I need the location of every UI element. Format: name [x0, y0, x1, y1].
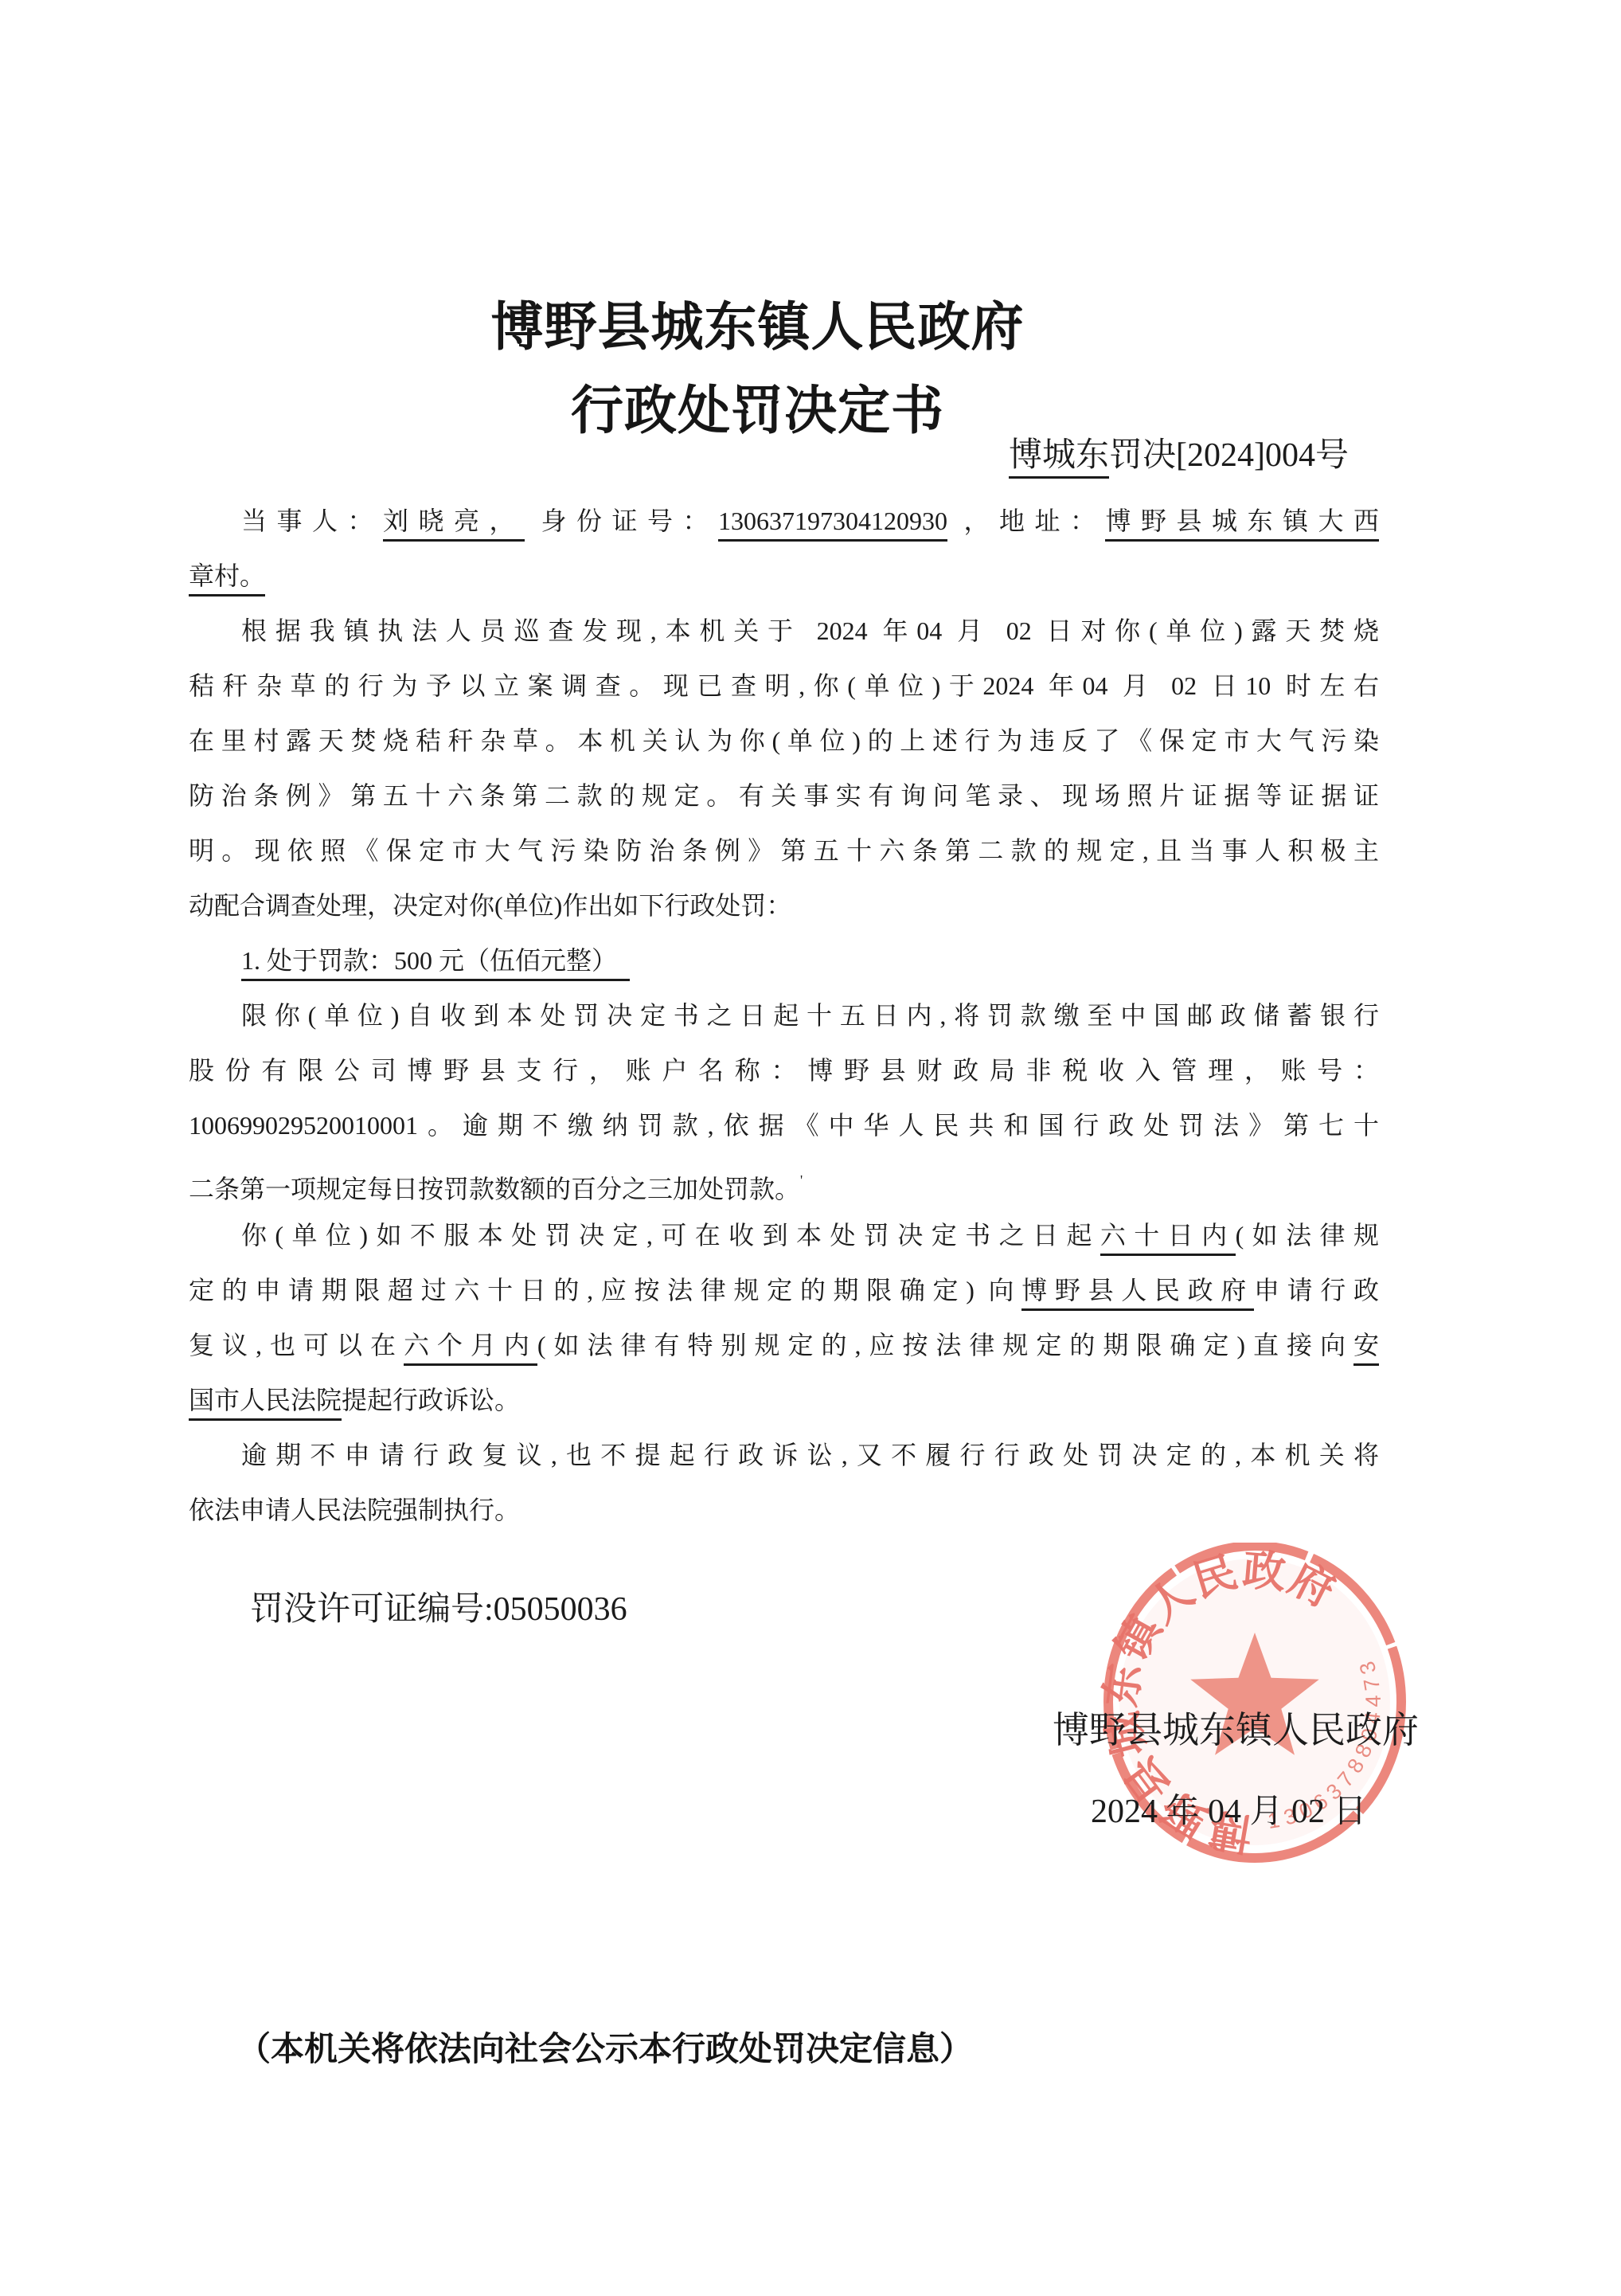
body-text-segment: 当事人：: [241, 507, 383, 535]
body-text-segment: 在里村露天焚烧秸秆杂草。本机关认为你(单位)的上述行为违反了《保定市大气污染: [189, 726, 1379, 755]
body-text-segment: 防治条例》第五十六条第二款的规定。有关事实有询问笔录、现场照片证据等证据证: [189, 781, 1379, 810]
body-text-segment: 股份有限公司博野县支行，账户名称：博野县财政局非税收入管理，账号：: [189, 1056, 1379, 1085]
body-line: 明。现依照《保定市大气污染防治条例》第五十六条第二款的规定,且当事人积极主: [189, 823, 1379, 878]
filled-in-value: 博野县人民政府: [1021, 1276, 1254, 1311]
filled-in-value: 安: [1353, 1331, 1379, 1366]
body-line: 你(单位)如不服本处罚决定,可在收到本处罚决定书之日起六十日内(如法律规: [189, 1208, 1379, 1263]
body-text-segment: 100699029520010001。逾期不缴纳罚款,依据《中华人民共和国行政处…: [189, 1111, 1379, 1140]
body-line: 国市人民法院提起行政诉讼。: [189, 1373, 1379, 1428]
body-text-segment: 申请行政: [1254, 1276, 1379, 1304]
body-text-segment: 身份证号：: [525, 507, 718, 535]
body-text: 当事人：刘晓亮， 身份证号：130637197304120930 ，地址：博野县…: [189, 494, 1379, 1538]
body-line: 秸秆杂草的行为予以立案调查。现已查明,你(单位)于2024 年04 月 02 日…: [189, 659, 1379, 714]
body-text-segment: 逾期不申请行政复议,也不提起行政诉讼,又不履行行政处罚决定的,本机关将: [241, 1441, 1379, 1469]
filled-in-value: 章村。: [189, 561, 265, 596]
footer-note: （本机关将依法向社会公示本行政处罚决定信息）: [237, 2028, 973, 2071]
document-number-prefix: 博城东: [1009, 437, 1109, 479]
document-number: 博城东罚决[2024]004号: [1009, 435, 1349, 476]
body-line: 1. 处于罚款：500 元（伍佰元整）: [189, 933, 1379, 988]
body-line: 防治条例》第五十六条第二款的规定。有关事实有询问笔录、现场照片证据等证据证: [189, 769, 1379, 823]
permit-number-line: 罚没许可证编号:05050036: [250, 1590, 627, 1629]
filled-in-value: [604, 946, 630, 981]
body-line: 定的申请期限超过六十日的,应按法律规定的期限确定) 向博野县人民政府申请行政: [189, 1263, 1379, 1318]
body-line: 逾期不申请行政复议,也不提起行政诉讼,又不履行行政处罚决定的,本机关将: [189, 1428, 1379, 1483]
body-text-segment: 依法申请人民法院强制执行。: [189, 1496, 520, 1524]
body-text-segment: 定的申请期限超过六十日的,应按法律规定的期限确定) 向: [189, 1276, 1021, 1304]
body-text-segment: 你(单位)如不服本处罚决定,可在收到本处罚决定书之日起: [241, 1221, 1100, 1250]
body-line: 根据我镇执法人员巡查发现,本机关于 2024 年04 月 02 日对你(单位)露…: [189, 604, 1379, 659]
body-line: 章村。: [189, 549, 1379, 604]
document-header: 博野县城东镇人民政府 行政处罚决定书: [162, 285, 1353, 452]
body-line: 股份有限公司博野县支行，账户名称：博野县财政局非税收入管理，账号：: [189, 1043, 1379, 1098]
filled-in-value: 130637197304120930: [718, 507, 947, 542]
body-line: 当事人：刘晓亮， 身份证号：130637197304120930 ，地址：博野县…: [189, 494, 1379, 549]
document-number-rest: 罚决[2024]004号: [1109, 437, 1349, 474]
filled-in-value: 国市人民法院: [189, 1386, 342, 1421]
body-line: 复议,也可以在六个月内(如法律有特别规定的,应按法律规定的期限确定)直接向安: [189, 1318, 1379, 1373]
signature-date: 2024 年 04 月 02 日: [1091, 1792, 1367, 1832]
filled-in-value: 1. 处于罚款：500 元（伍佰元整）: [241, 946, 604, 981]
penalty-decision-document: 博野县城东镇人民政府 行政处罚决定书 博城东罚决[2024]004号 当事人：刘…: [0, 0, 1621, 2296]
issuing-authority-title: 博野县城东镇人民政府: [162, 285, 1353, 369]
body-line: 100699029520010001。逾期不缴纳罚款,依据《中华人民共和国行政处…: [189, 1098, 1379, 1153]
body-text-segment: 限你(单位)自收到本处罚决定书之日起十五日内,将罚款缴至中国邮政储蓄银行: [241, 1001, 1379, 1030]
body-text-segment: (如法律有特别规定的,应按法律规定的期限确定)直接向: [537, 1331, 1353, 1359]
body-text-segment: 动配合调查处理，决定对你(单位)作出如下行政处罚：: [189, 891, 791, 920]
body-text-segment: 秸秆杂草的行为予以立案调查。现已查明,你(单位)于2024 年04 月 02 日…: [189, 671, 1379, 700]
filled-in-value: 刘晓亮，: [383, 507, 525, 542]
signature-org: 博野县城东镇人民政府: [1053, 1709, 1419, 1752]
body-line: 二条第一项规定每日按罚款数额的百分之三加处罚款。': [189, 1153, 1379, 1208]
body-line: 在里村露天焚烧秸秆杂草。本机关认为你(单位)的上述行为违反了《保定市大气污染: [189, 714, 1379, 769]
body-text-segment: 复议,也可以在: [189, 1331, 404, 1359]
body-text-segment: ，地址：: [947, 507, 1106, 535]
body-line: 限你(单位)自收到本处罚决定书之日起十五日内,将罚款缴至中国邮政储蓄银行: [189, 988, 1379, 1043]
filled-in-value: 六个月内: [404, 1331, 537, 1366]
filled-in-value: 六十日内: [1100, 1221, 1236, 1256]
body-text-segment: (如法律规: [1236, 1221, 1379, 1250]
body-text-segment: 明。现依照《保定市大气污染防治条例》第五十六条第二款的规定,且当事人积极主: [189, 836, 1379, 865]
body-line: 动配合调查处理，决定对你(单位)作出如下行政处罚：: [189, 878, 1379, 933]
body-text-segment: 根据我镇执法人员巡查发现,本机关于 2024 年04 月 02 日对你(单位)露…: [241, 616, 1379, 645]
filled-in-value: 博野县城东镇大西: [1105, 507, 1378, 542]
body-text-segment: ': [800, 1172, 803, 1188]
body-text-segment: 提起行政诉讼。: [342, 1386, 520, 1414]
body-text-segment: 二条第一项规定每日按罚款数额的百分之三加处罚款。: [189, 1175, 800, 1203]
body-line: 依法申请人民法院强制执行。: [189, 1483, 1379, 1538]
